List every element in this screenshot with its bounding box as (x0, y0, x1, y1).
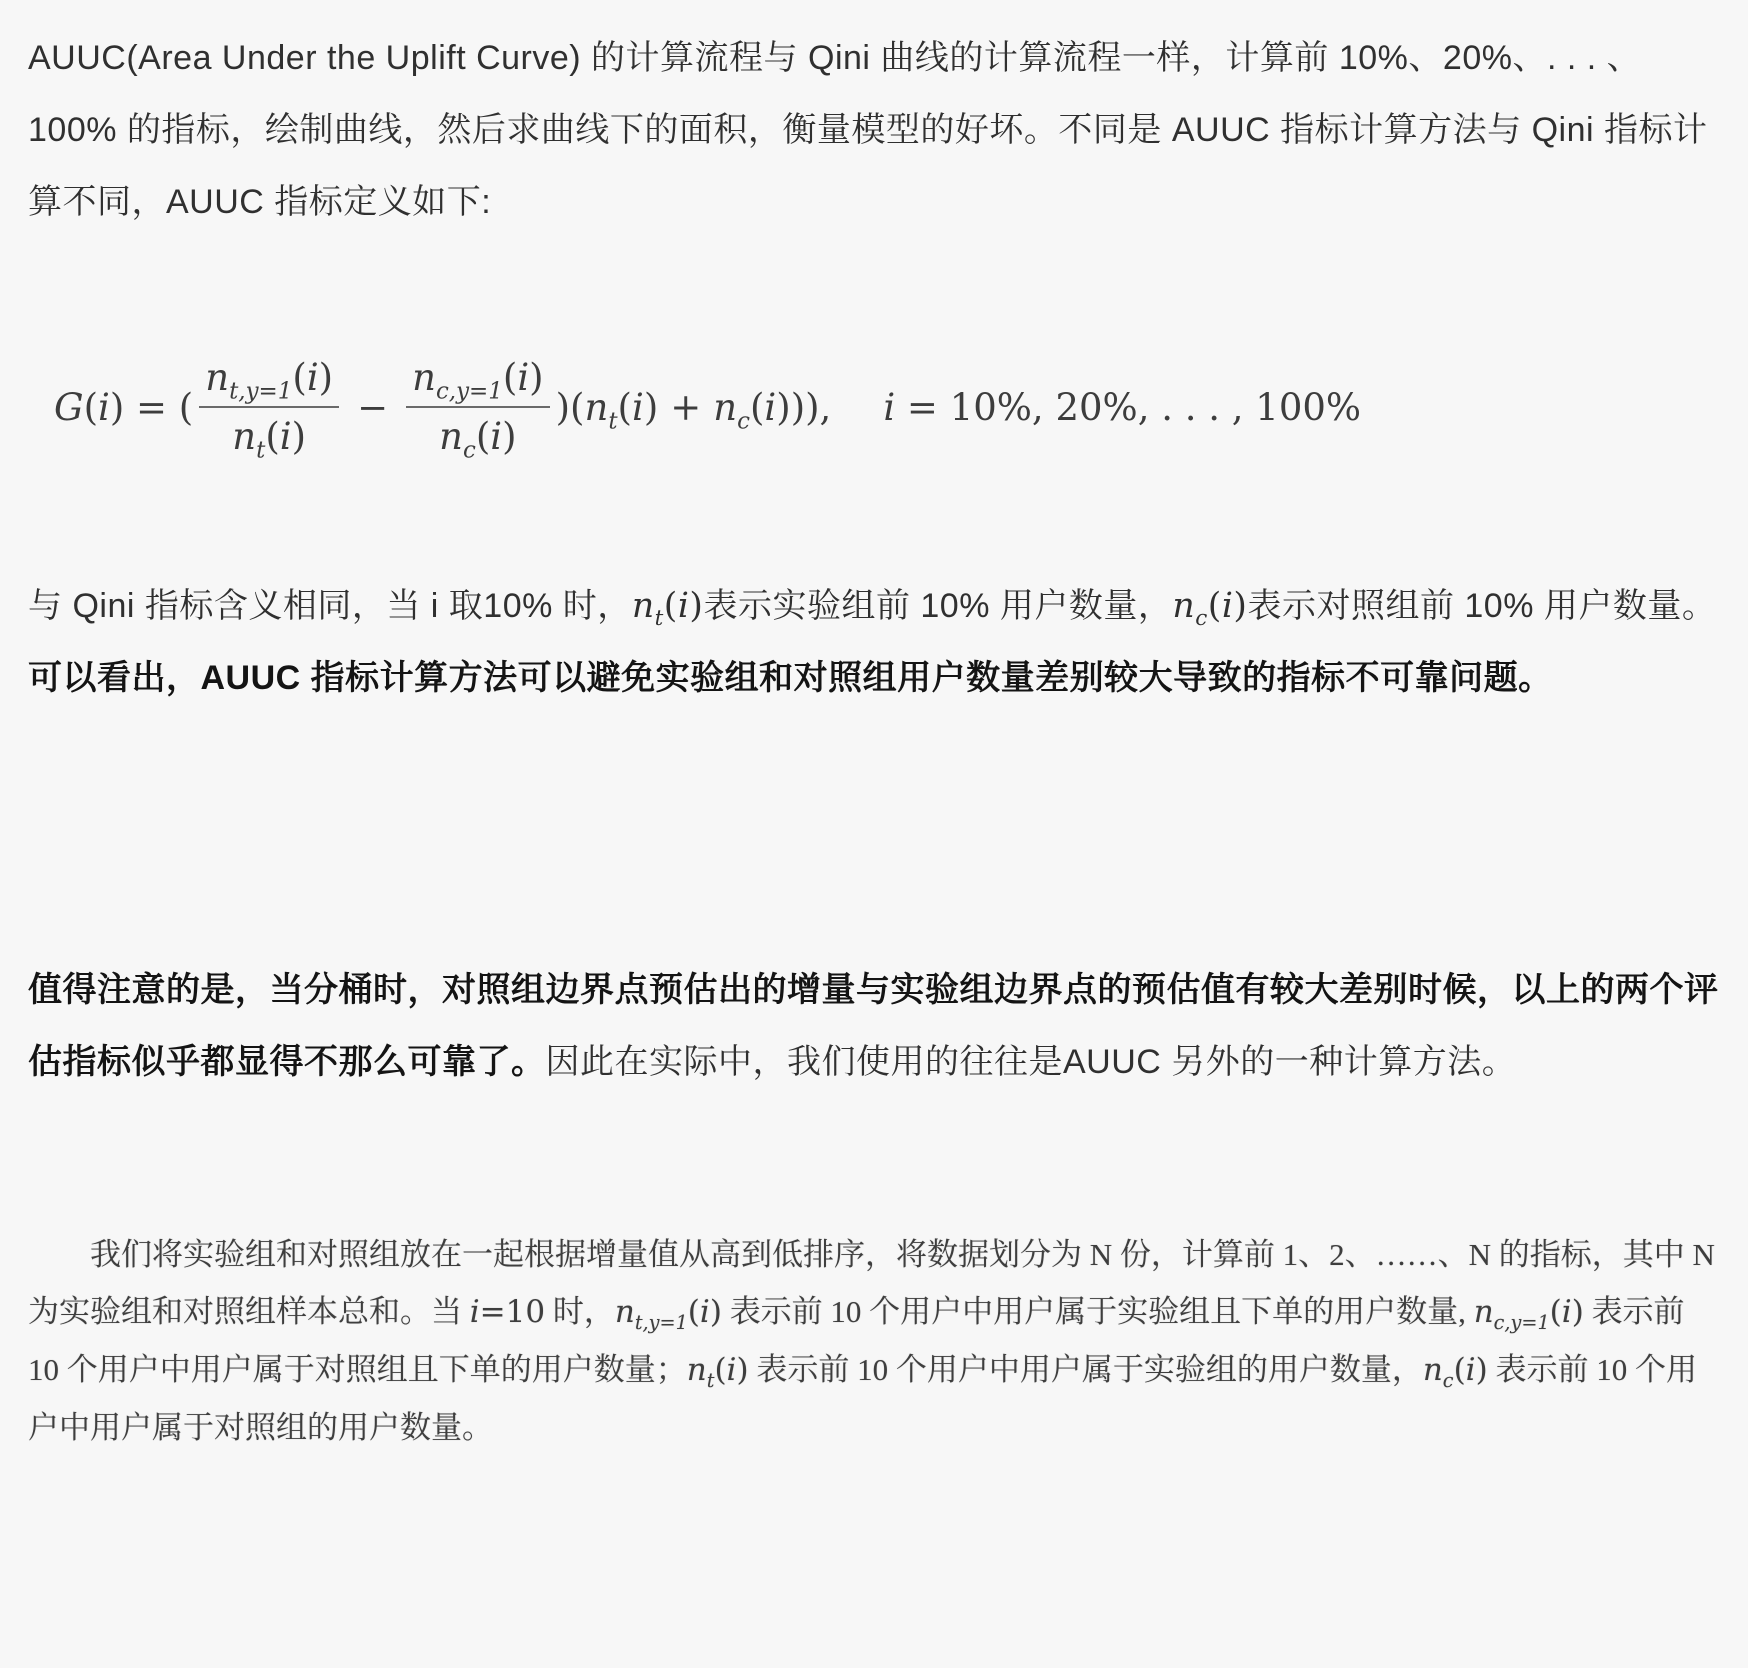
math-nt-inline: nt(i) (632, 586, 704, 626)
fraction-control: nc,y=1(i) nc(i) (406, 356, 549, 458)
control-denominator: nc(i) (406, 406, 549, 458)
treatment-numerator: nt,y=1(i) (199, 356, 339, 406)
minus-operator: − (357, 386, 388, 429)
meaning-paragraph: 与 Qini 指标含义相同，当 i 取10% 时，nt(i)表示实验组前 10%… (28, 570, 1720, 714)
formula-rhs: )(nt(i)+nc(i))), (556, 386, 832, 429)
meaning-text-2: 表示实验组前 10% 用户数量， (703, 587, 1172, 625)
meaning-bold-text: 可以看出，AUUC 指标计算方法可以避免实验组和对照组用户数量差别较大导致的指标… (28, 659, 1553, 697)
excerpt-image-text: 我们将实验组和对照组放在一起根据增量值从高到低排序，将数据划分为 N 份，计算前… (28, 1226, 1720, 1456)
math-i-equals-10: i=10 (470, 1294, 545, 1330)
plus-operator: + (670, 386, 701, 429)
auuc-formula: G(i) = ( nt,y=1(i) nt(i) − nc,y=1(i) nc(… (54, 356, 1720, 458)
math-nc-excerpt: nc(i) (1423, 1352, 1488, 1388)
note-paragraph: 值得注意的是，当分桶时，对照组边界点预估出的增量与实验组边界点的预估值有较大差别… (28, 954, 1720, 1098)
note-regular-text: 因此在实际中，我们使用的往往是AUUC 另外的一种计算方法。 (546, 1043, 1517, 1081)
math-nt-excerpt: nt(i) (687, 1352, 749, 1388)
formula-lhs: G(i) = ( (54, 386, 193, 429)
article-body: AUUC(Area Under the Uplift Curve) 的计算流程与… (28, 22, 1720, 1456)
math-nc: nc(i) (713, 386, 790, 429)
intro-text: AUUC(Area Under the Uplift Curve) 的计算流程与… (28, 39, 1708, 221)
intro-paragraph: AUUC(Area Under the Uplift Curve) 的计算流程与… (28, 22, 1720, 238)
math-ncy1: nc,y=1(i) (1474, 1294, 1584, 1330)
math-nc-inline: nc(i) (1172, 586, 1247, 626)
excerpt-text-5: 表示前 10 个用户中用户属于实验组的用户数量， (749, 1352, 1423, 1387)
treatment-denominator: nt(i) (199, 406, 339, 458)
meaning-text-3: 表示对照组前 10% 用户数量。 (1247, 587, 1716, 625)
fraction-treatment: nt,y=1(i) nt(i) (199, 356, 339, 458)
control-numerator: nc,y=1(i) (406, 356, 549, 406)
excerpt-text-3: 表示前 10 个用户中用户属于实验组且下单的用户数量, (722, 1294, 1474, 1329)
formula-condition: i = 10%, 20%, . . . , 100% (883, 386, 1361, 429)
meaning-text-1: 与 Qini 指标含义相同，当 i 取10% 时， (28, 587, 632, 625)
math-nty1: nt,y=1(i) (615, 1294, 722, 1330)
math-nt: nt(i) (584, 386, 658, 429)
excerpt-text-2: 时， (545, 1294, 615, 1329)
